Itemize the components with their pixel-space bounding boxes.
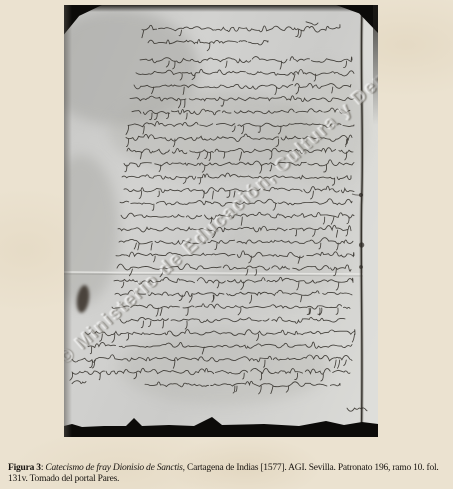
handwriting-line [140,57,352,70]
handwriting-line [85,330,355,343]
handwriting-line [119,238,353,250]
handwriting-line [347,408,367,411]
handwriting-line [88,342,352,354]
figure-caption-line1: Figura 3: Catecismo de fray Dionisio de … [8,463,452,474]
fold-mark [352,194,360,195]
fold-mark [359,242,364,247]
handwriting-line [145,381,340,394]
photo-left-edge-shadow [64,5,72,437]
figure-caption: Figura 3: Catecismo de fray Dionisio de … [8,463,452,485]
figure-caption-line2: 131v. Tomado del portal Pares. [8,474,452,485]
handwriting-line [118,225,351,237]
handwriting-line [120,199,352,211]
manuscript-handwriting [64,5,378,437]
handwriting-line [136,69,354,81]
paper-crease [64,272,363,274]
handwriting-line [126,121,354,134]
handwriting-line [112,304,350,316]
document-page: { "page": { "background_color": "#ebe2d0… [0,0,453,489]
handwriting-line [130,96,354,108]
caption-work-title: Catecismo de fray Dionisio de Sanctis [45,463,182,473]
handwriting-line [114,277,353,290]
handwriting-line [142,25,340,38]
handwriting-line [306,22,318,25]
handwriting-line [124,160,354,173]
fold-mark [359,265,363,269]
handwriting-line [148,39,268,50]
caption-figure-label: Figura 3 [8,463,41,473]
handwriting-line [134,83,351,94]
handwriting-line [132,108,350,120]
handwriting-lines [70,22,367,411]
handwriting-line [70,368,350,381]
handwriting-line [72,381,86,384]
handwriting-line [72,355,352,369]
handwriting-line [122,173,351,185]
handwriting-line [115,290,352,303]
photo-top-edge [64,5,378,12]
caption-archival-reference: , Cartagena de Indias [1577]. AGI. Sevil… [183,463,439,473]
handwriting-line [120,317,345,329]
manuscript-photo-figure: © Ministerio de Educación, Cultura y Dep… [64,5,378,437]
handwriting-line [127,148,353,161]
handwriting-line [116,251,354,264]
handwriting-line [124,186,354,199]
photo-right-edge-shadow [373,5,378,125]
photo-bottom-edge [64,417,378,437]
handwriting-line [121,212,354,225]
handwriting-line [126,134,352,147]
